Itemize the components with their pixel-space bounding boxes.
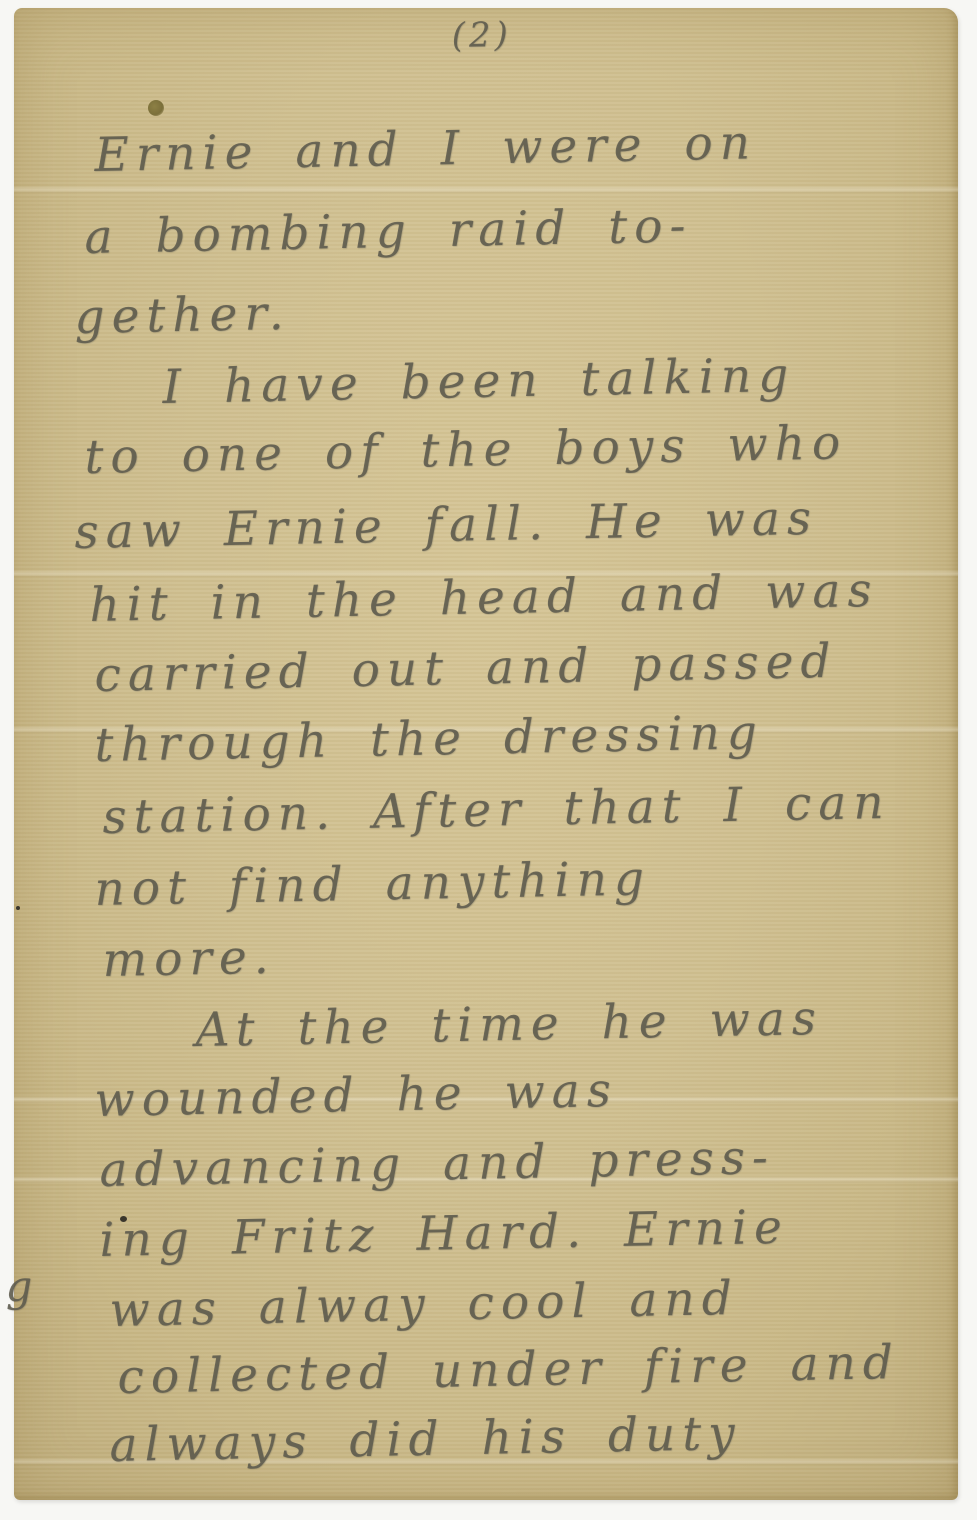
- handwritten-line: a bombing raid to-: [84, 198, 693, 265]
- letter-scan: (2) Ernie and I were on a bombing raid t…: [0, 0, 977, 1520]
- ink-speck: [16, 906, 20, 910]
- marginal-stray-letter: g: [5, 1261, 33, 1311]
- handwritten-line: more.: [102, 930, 276, 988]
- ink-blot: [148, 100, 164, 116]
- paper-crease: [14, 186, 958, 193]
- handwritten-line: not find anything: [94, 851, 651, 917]
- page-number: (2): [451, 15, 512, 56]
- handwritten-line: wounded he was: [94, 1063, 618, 1128]
- handwritten-line: gether.: [74, 286, 291, 345]
